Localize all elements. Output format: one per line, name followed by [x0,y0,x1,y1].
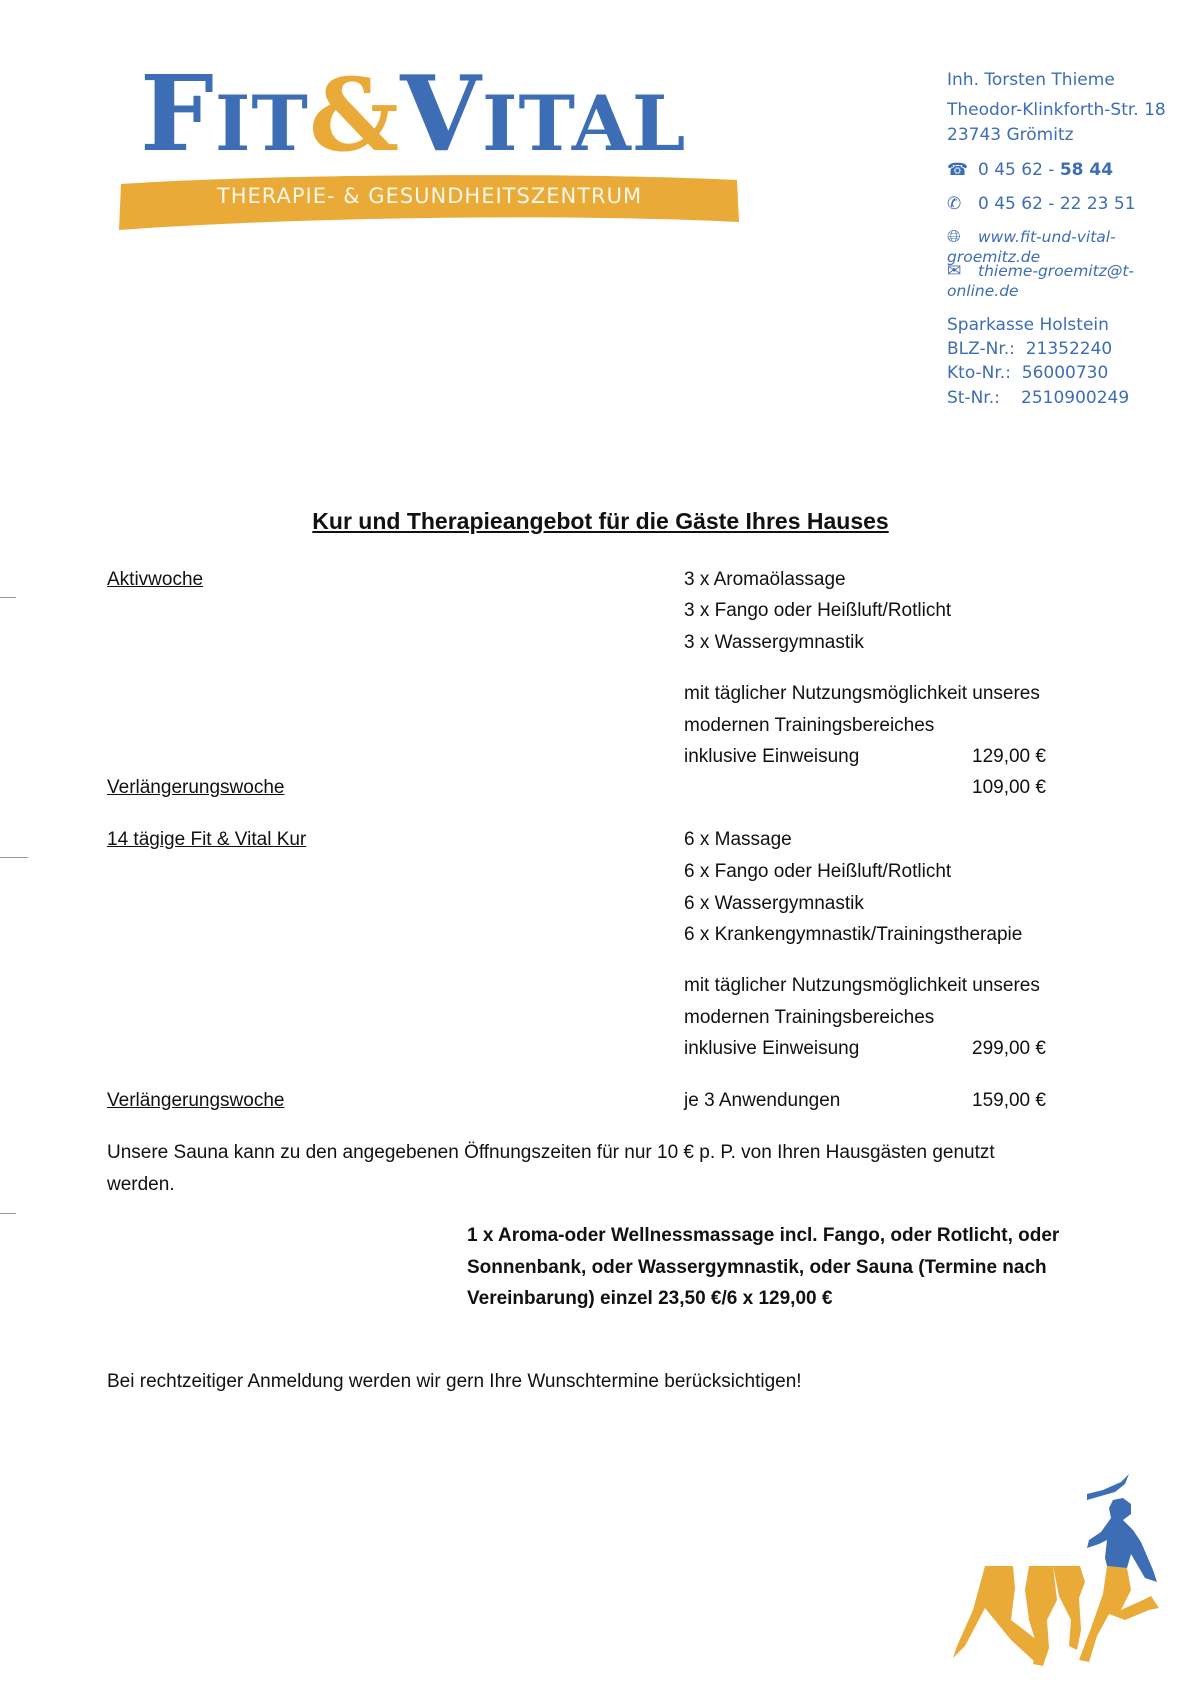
owner-name: Inh. Torsten Thieme [947,70,1115,90]
bank-st: St-Nr.:2510900249 [947,388,1129,408]
offer-label-verlaengerungswoche-2: Verlängerungswoche [107,1090,284,1112]
page-title: Kur und Therapieangebot für die Gäste Ih… [0,508,1201,535]
offer-note: modernen Trainingsbereiches [684,715,934,737]
fold-mark [0,1213,16,1214]
offer-item: 6 x Massage [684,829,792,851]
sauna-text-cont: werden. [107,1174,175,1196]
price-verlaengerungswoche: 109,00 € [972,777,1046,799]
jumping-people-illustration [945,1470,1201,1698]
email-link[interactable]: thieme-groemitz@t-online.de [947,262,1134,300]
fax-line: ✆0 45 62 - 22 23 51 [947,194,1136,214]
fold-mark [0,597,16,598]
logo-wordmark: FIT&VITAL [140,62,686,166]
offer-item: 6 x Wassergymnastik [684,893,864,915]
punch-mark [0,857,28,858]
offer-item: 6 x Krankengymnastik/Trainingstherapie [684,924,1022,946]
bank-blz: BLZ-Nr.: 21352240 [947,339,1112,359]
email-icon: ✉ [947,261,969,281]
st-label: St-Nr.: [947,388,1021,408]
logo-text-it: IT [215,79,309,168]
kto-value: 56000730 [1022,363,1109,383]
sauna-text: Unsere Sauna kann zu den angegebenen Öff… [107,1142,995,1164]
special-offer-line: 1 x Aroma-oder Wellnessmassage incl. Fan… [467,1225,1059,1247]
offer-item: 3 x Wassergymnastik [684,632,864,654]
offer-item: 3 x Aromaölassage [684,569,846,591]
offer-item: 6 x Fango oder Heißluft/Rotlicht [684,861,951,883]
logo-letter-f: F [140,52,215,175]
special-offer-line: Sonnenbank, oder Wassergymnastik, oder S… [467,1257,1047,1279]
phone-line: ☎0 45 62 - 58 44 [947,160,1113,180]
st-value: 2510900249 [1021,388,1129,408]
globe-icon: 🌐︎ [947,227,969,247]
offer-detail: je 3 Anwendungen [684,1090,840,1112]
email-line: ✉thieme-groemitz@t-online.de [947,261,1201,301]
offer-note: mit täglicher Nutzungsmöglichkeit unsere… [684,975,1040,997]
kto-label: Kto-Nr.: [947,363,1011,383]
fax-number: 0 45 62 - 22 23 51 [978,194,1136,214]
price-verlaengerungswoche-2: 159,00 € [972,1090,1046,1112]
offer-label-14-tage-kur: 14 tägige Fit & Vital Kur [107,829,306,851]
telephone-icon: ☎ [947,160,969,180]
price-14-tage-kur: 299,00 € [972,1038,1046,1060]
fax-phone-icon: ✆ [947,194,969,214]
logo-letter-v: V [400,52,482,175]
logo-tagline: THERAPIE- & GESUNDHEITSZENTRUM [117,184,742,208]
blz-value: 21352240 [1026,339,1113,359]
offer-label-aktivwoche: Aktivwoche [107,569,203,591]
offer-note: inklusive Einweisung [684,1038,859,1060]
street-address: Theodor-Klinkforth-Str. 18 [947,100,1166,120]
offer-note: inklusive Einweisung [684,746,859,768]
offer-label-verlaengerungswoche: Verlängerungswoche [107,777,284,799]
special-offer-line: Vereinbarung) einzel 23,50 €/6 x 129,00 … [467,1288,832,1310]
blz-label: BLZ-Nr.: [947,339,1015,359]
logo-text-ital: ITAL [482,79,686,168]
offer-note: modernen Trainingsbereiches [684,1007,934,1029]
logo-ampersand: & [309,56,400,174]
bank-name: Sparkasse Holstein [947,315,1109,335]
offer-item: 3 x Fango oder Heißluft/Rotlicht [684,600,951,622]
offer-note: mit täglicher Nutzungsmöglichkeit unsere… [684,683,1040,705]
closing-text: Bei rechtzeitiger Anmeldung werden wir g… [107,1371,802,1393]
price-aktivwoche: 129,00 € [972,746,1046,768]
phone-prefix: 0 45 62 - [978,160,1060,180]
city-address: 23743 Grömitz [947,125,1074,145]
phone-number-bold: 58 44 [1060,160,1113,180]
bank-kto: Kto-Nr.: 56000730 [947,363,1108,383]
